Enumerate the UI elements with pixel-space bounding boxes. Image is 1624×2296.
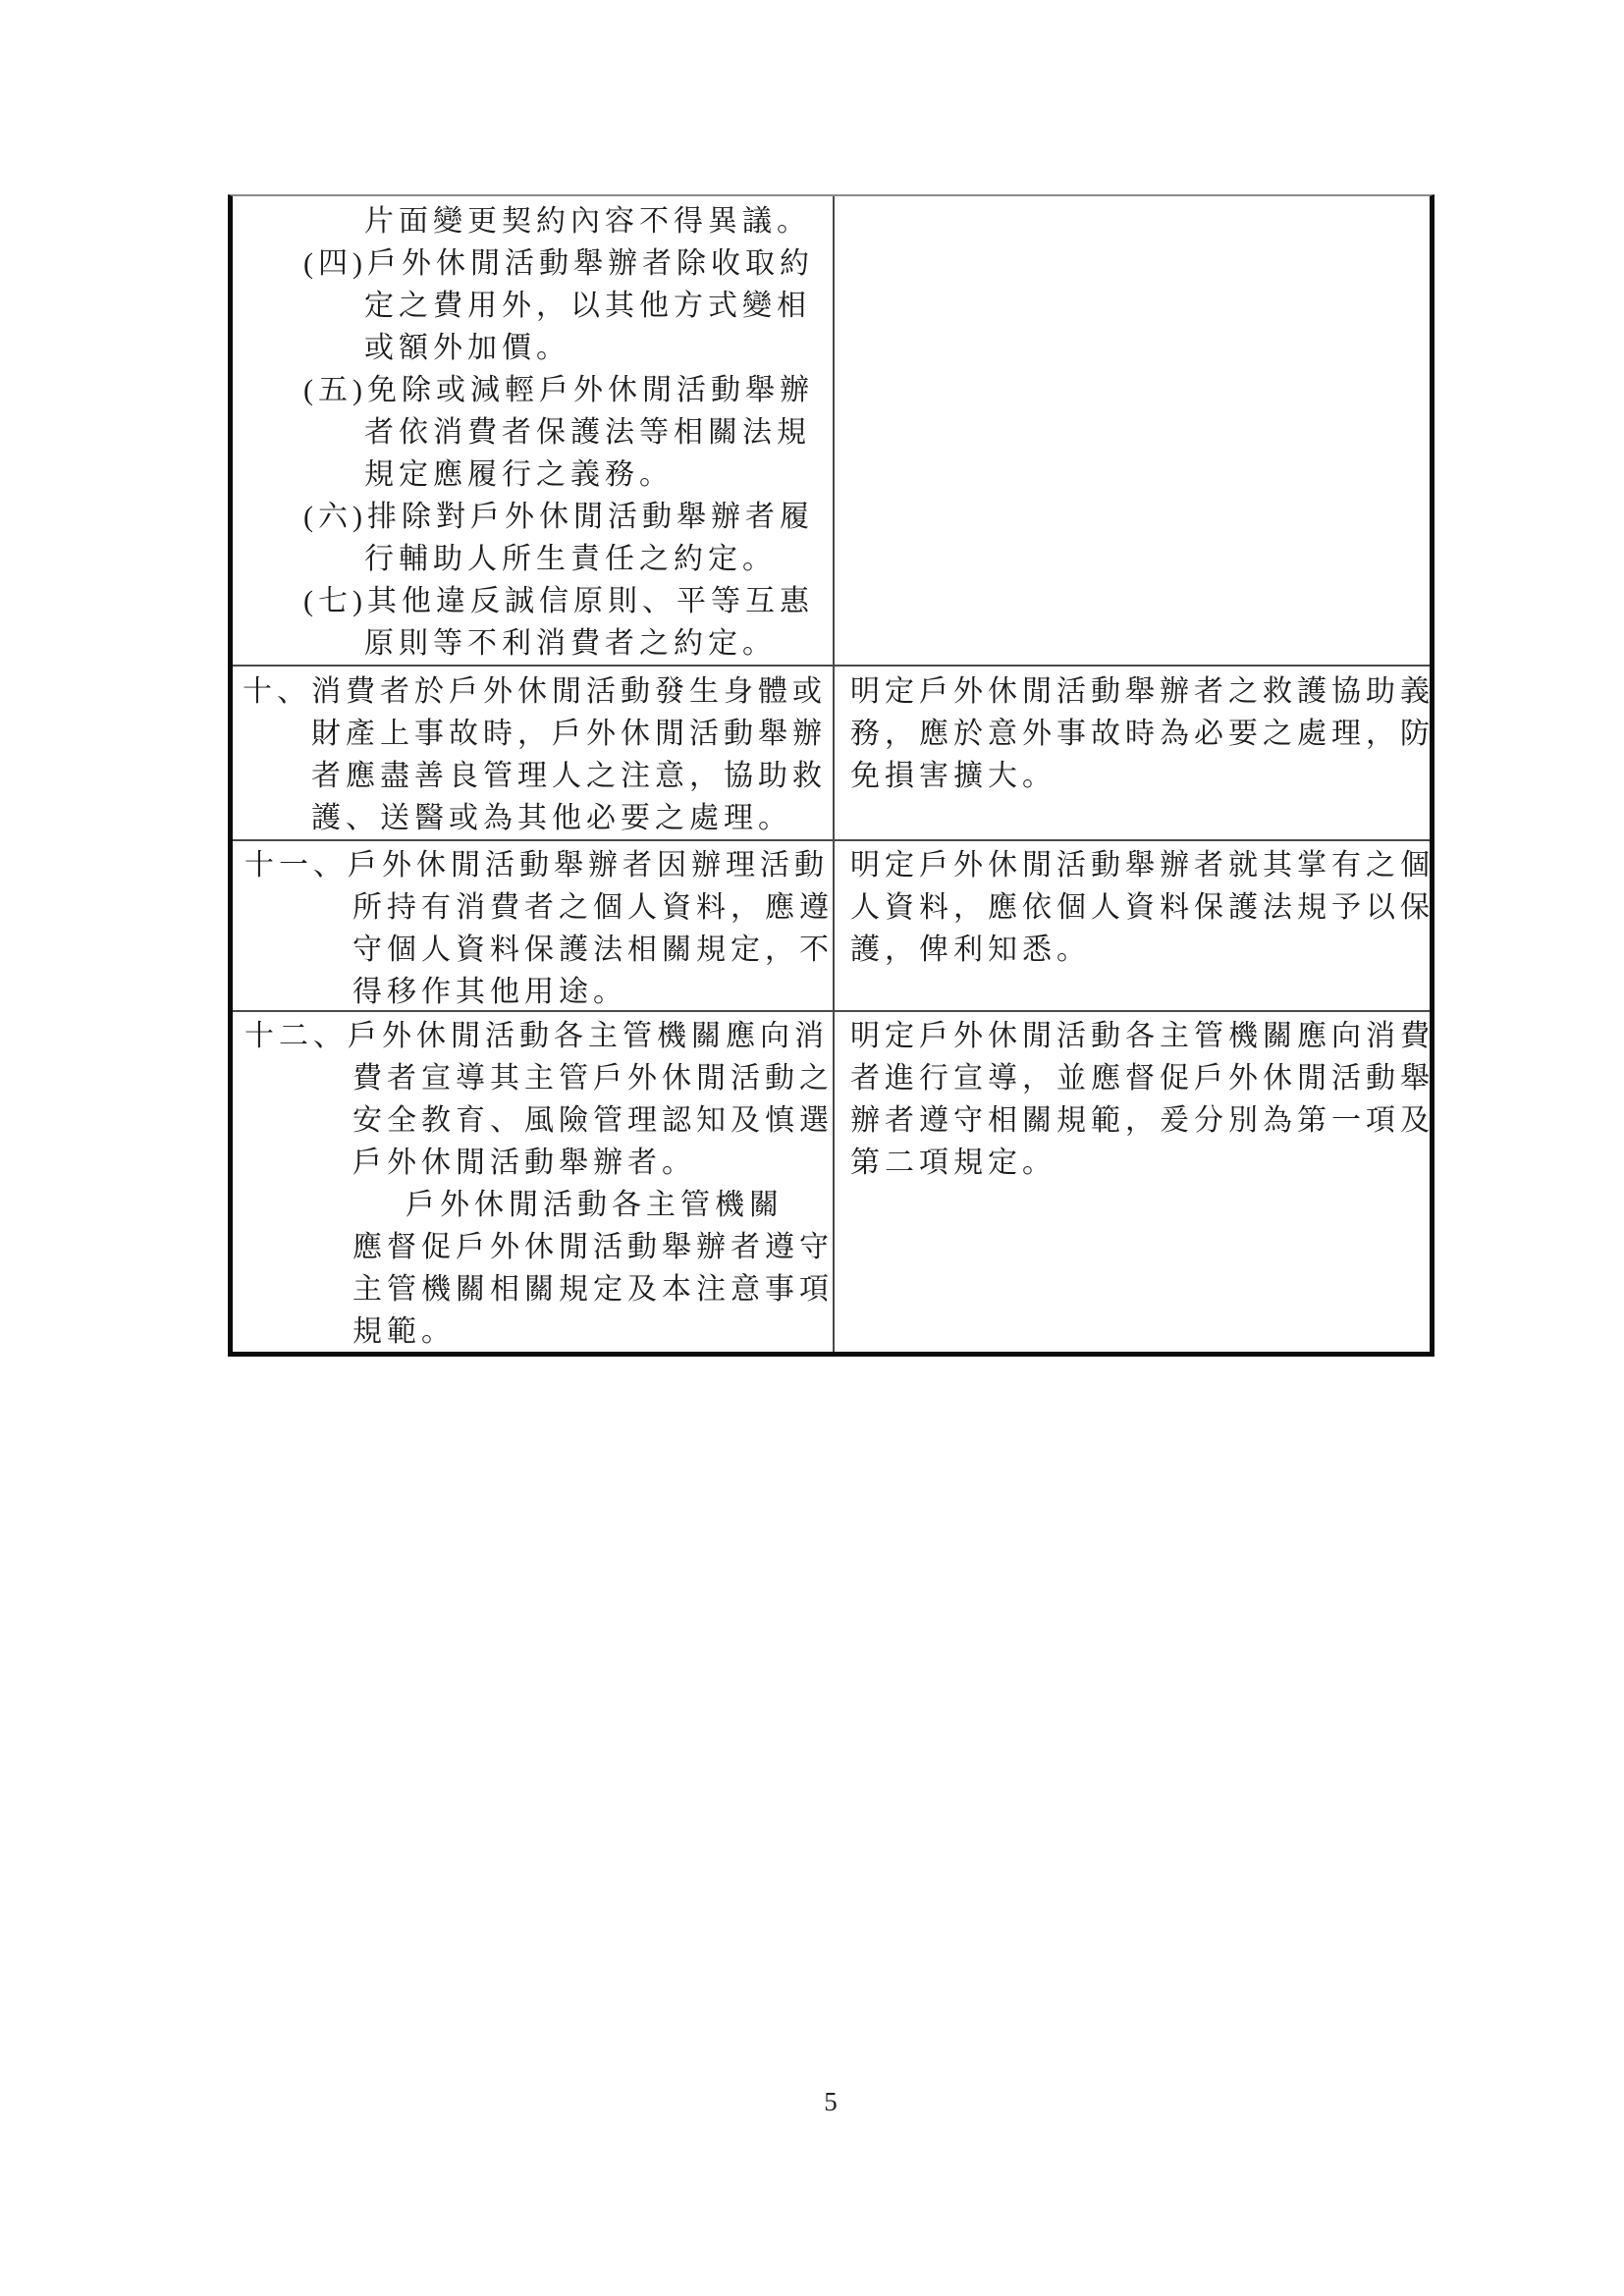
explanation-cell-empty [835, 196, 1430, 665]
provisions-explanations-table: 片面變更契約內容不得異議。 (四)戶外休閒活動舉辦者除收取約 定之費用外，以其他… [228, 194, 1435, 1357]
table-row-item11: 十一、戶外休閒活動舉辦者因辦理活動 所持有消費者之個人資料，應遵 守個人資料保護… [233, 839, 1430, 1010]
explanation-cell: 明定戶外休閒活動各主管機關應向消費 者進行宣導，並應督促戶外休閒活動舉 辦者遵守… [835, 1012, 1430, 1352]
provision-line: 主管機關相關規定及本注意事項 [233, 1268, 833, 1310]
provision-line: 行輔助人所生責任之約定。 [233, 538, 833, 580]
provision-line: 者依消費者保護法等相關法規 [233, 411, 833, 454]
provision-line: 者應盡善良管理人之注意，協助救 [233, 755, 833, 797]
provision-line: 護、送醫或為其他必要之處理。 [233, 797, 833, 839]
provision-line: 定之費用外，以其他方式變相 [233, 285, 833, 327]
table-row-item9-continuation: 片面變更契約內容不得異議。 (四)戶外休閒活動舉辦者除收取約 定之費用外，以其他… [233, 196, 1430, 665]
explanation-line: 免損害擴大。 [835, 755, 1430, 797]
explanation-line: 明定戶外休閒活動舉辦者之救護協助義 [835, 670, 1430, 713]
provision-line: 守個人資料保護法相關規定，不 [233, 929, 833, 971]
provision-cell: 十一、戶外休閒活動舉辦者因辦理活動 所持有消費者之個人資料，應遵 守個人資料保護… [233, 841, 835, 1010]
provision-line: 十、消費者於戶外休閒活動發生身體或 [233, 670, 833, 713]
provision-line: 原則等不利消費者之約定。 [233, 622, 833, 665]
provision-line: 十一、戶外休閒活動舉辦者因辦理活動 [233, 844, 833, 886]
provision-cell: 片面變更契約內容不得異議。 (四)戶外休閒活動舉辦者除收取約 定之費用外，以其他… [233, 196, 835, 665]
provision-line: (六)排除對戶外休閒活動舉辦者履 [233, 496, 833, 538]
provision-line: 財產上事故時，戶外休閒活動舉辦 [233, 713, 833, 755]
provision-line: 十二、戶外休閒活動各主管機關應向消 [233, 1015, 833, 1057]
explanation-line: 第二項規定。 [835, 1142, 1430, 1184]
document-page: 片面變更契約內容不得異議。 (四)戶外休閒活動舉辦者除收取約 定之費用外，以其他… [0, 0, 1624, 2296]
provision-cell: 十、消費者於戶外休閒活動發生身體或 財產上事故時，戶外休閒活動舉辦 者應盡善良管… [233, 667, 835, 839]
provision-line: (五)免除或減輕戶外休閒活動舉辦 [233, 369, 833, 411]
explanation-line: 務，應於意外事故時為必要之處理，防 [835, 713, 1430, 755]
provision-line: (七)其他違反誠信原則、平等互惠 [233, 580, 833, 622]
provision-line: 費者宣導其主管戶外休閒活動之 [233, 1057, 833, 1099]
provision-line: 或額外加價。 [233, 327, 833, 369]
provision-line: 應督促戶外休閒活動舉辦者遵守 [233, 1226, 833, 1268]
explanation-line: 明定戶外休閒活動舉辦者就其掌有之個 [835, 844, 1430, 886]
provision-line: 戶外休閒活動舉辦者。 [233, 1142, 833, 1184]
provision-line: 得移作其他用途。 [233, 971, 833, 1010]
provision-cell: 十二、戶外休閒活動各主管機關應向消 費者宣導其主管戶外休閒活動之 安全教育、風險… [233, 1012, 835, 1352]
explanation-line: 護，俾利知悉。 [835, 929, 1430, 971]
provision-line: 片面變更契約內容不得異議。 [233, 200, 833, 242]
table-row-item10: 十、消費者於戶外休閒活動發生身體或 財產上事故時，戶外休閒活動舉辦 者應盡善良管… [233, 665, 1430, 839]
provision-line: 規定應履行之義務。 [233, 454, 833, 496]
table-row-item12: 十二、戶外休閒活動各主管機關應向消 費者宣導其主管戶外休閒活動之 安全教育、風險… [233, 1010, 1430, 1352]
explanation-cell: 明定戶外休閒活動舉辦者之救護協助義 務，應於意外事故時為必要之處理，防 免損害擴… [835, 667, 1430, 839]
provision-line: 安全教育、風險管理認知及慎選 [233, 1099, 833, 1142]
provision-line: (四)戶外休閒活動舉辦者除收取約 [233, 242, 833, 285]
explanation-line: 辦者遵守相關規範，爰分別為第一項及 [835, 1099, 1430, 1142]
page-number: 5 [0, 2087, 1624, 2117]
explanation-line: 者進行宣導，並應督促戶外休閒活動舉 [835, 1057, 1430, 1099]
explanation-line: 明定戶外休閒活動各主管機關應向消費 [835, 1015, 1430, 1057]
explanation-line: 人資料，應依個人資料保護法規予以保 [835, 886, 1430, 929]
provision-line: 所持有消費者之個人資料，應遵 [233, 886, 833, 929]
provision-line: 戶外休閒活動各主管機關 [233, 1184, 833, 1226]
provision-line: 規範。 [233, 1310, 833, 1352]
explanation-cell: 明定戶外休閒活動舉辦者就其掌有之個 人資料，應依個人資料保護法規予以保 護，俾利… [835, 841, 1430, 1010]
